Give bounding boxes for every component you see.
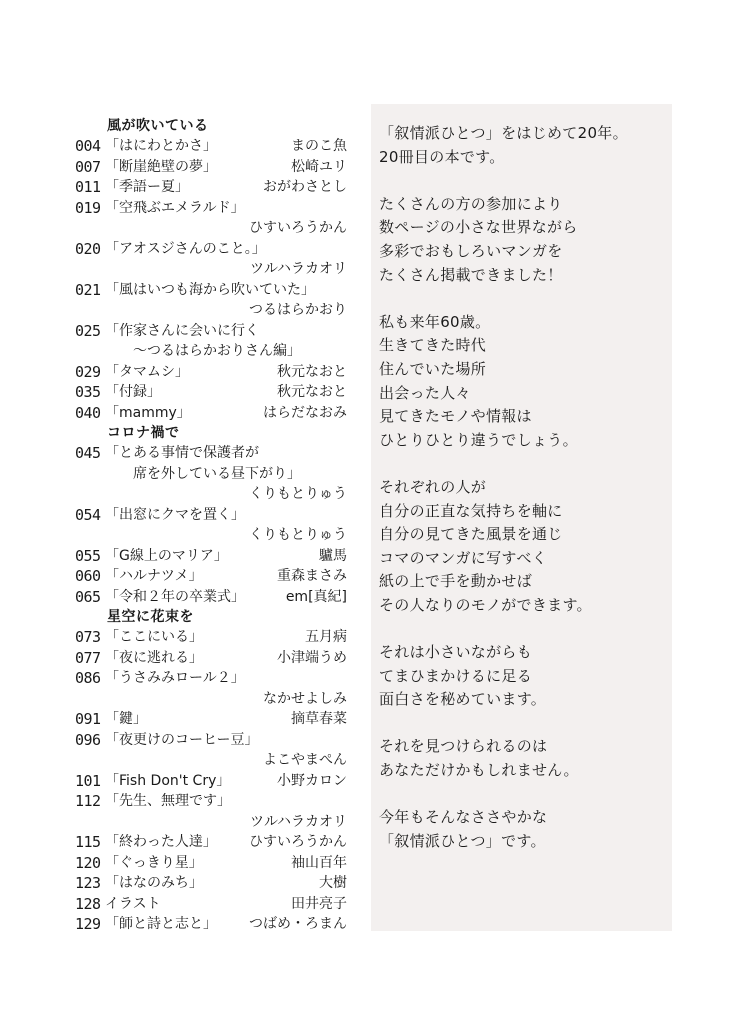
page-number: 040 xyxy=(75,403,105,424)
entry-line: 004「はにわとかさ」まのこ魚 xyxy=(75,136,347,157)
entry-line: 019「空飛ぶエメラルド」 xyxy=(75,198,347,219)
toc-entry: 045「とある事情で保護者が席を外している昼下がり」くりもとりゅう xyxy=(75,443,347,505)
author-name: つるはらかおり xyxy=(249,300,347,321)
entry-line: 120「ぐっきり星」袖山百年 xyxy=(75,853,347,874)
essay-line: たくさん掲載できました！ xyxy=(379,264,669,288)
entry-line-cont: 席を外している昼下がり」 xyxy=(75,464,347,485)
entry-line: 086「うさみみロール２」 xyxy=(75,668,347,689)
section-title: 星空に花束を xyxy=(75,607,347,627)
work-title: 「はなのみち」 xyxy=(105,873,319,894)
page-number: 091 xyxy=(75,709,105,730)
essay-paragraph: たくさんの方の参加により数ページの小さな世界ながら多彩でおもしろいマンガをたくさ… xyxy=(379,193,669,287)
author-name: なかせよしみ xyxy=(263,689,347,710)
toc-entry: 128 イラスト田井亮子 xyxy=(75,894,347,915)
essay-line: それぞれの人が xyxy=(379,476,669,500)
essay-line: あなただけかもしれません。 xyxy=(379,759,669,783)
essay-line: その人なりのモノができます。 xyxy=(379,594,669,618)
toc-section: コロナ禍で045「とある事情で保護者が席を外している昼下がり」くりもとりゅう05… xyxy=(75,423,347,607)
essay-line: 住んでいた場所 xyxy=(379,358,669,382)
entry-line: 035「付録」秋元なおと xyxy=(75,382,347,403)
entry-line: 065「令和２年の卒業式」em[真紀] xyxy=(75,587,347,608)
entry-line: 115「終わった人達」ひすいろうかん xyxy=(75,832,347,853)
essay-line: 「叙情派ひとつ」をはじめて20年。 xyxy=(379,122,669,146)
toc-entry: 040「mammy」はらだなおみ xyxy=(75,403,347,424)
entry-line: 101「Fish Don't Cry」小野カロン xyxy=(75,771,347,792)
page-number: 128 xyxy=(75,894,105,915)
author-name: はらだなおみ xyxy=(263,403,347,424)
author-name: よこやまぺん xyxy=(263,750,347,771)
essay-line: 面白さを秘めています。 xyxy=(379,688,669,712)
page-number: 011 xyxy=(75,177,105,198)
entry-author-line: なかせよしみ xyxy=(75,689,347,710)
toc-entry: 020「アオスジさんのこと。」ツルハラカオリ xyxy=(75,239,347,280)
author-name: ひすいろうかん xyxy=(249,832,347,853)
essay-paragraph: 「叙情派ひとつ」をはじめて20年。20冊目の本です。 xyxy=(379,122,669,169)
toc-entry: 101「Fish Don't Cry」小野カロン xyxy=(75,771,347,792)
entry-line: 060「ハルナツメ」重森まさみ xyxy=(75,566,347,587)
toc-entry: 035「付録」秋元なおと xyxy=(75,382,347,403)
author-name: ツルハラカオリ xyxy=(250,259,347,280)
page-number: 112 xyxy=(75,791,105,812)
entry-line: 123「はなのみち」大樹 xyxy=(75,873,347,894)
author-name: くりもとりゅう xyxy=(249,484,347,505)
entry-author-line: ひすいろうかん xyxy=(75,218,347,239)
toc-entry: 096「夜更けのコーヒー豆」よこやまぺん xyxy=(75,730,347,771)
work-title: 「出窓にクマを置く」 xyxy=(105,505,347,526)
entry-line: 129「師と詩と志と」つばめ・ろまん xyxy=(75,914,347,935)
entry-line: 128 イラスト田井亮子 xyxy=(75,894,347,915)
entry-line: 055「G線上のマリア」驢馬 xyxy=(75,546,347,567)
work-title: 「はにわとかさ」 xyxy=(105,136,291,157)
entry-line: 091「鍵」摘草春菜 xyxy=(75,709,347,730)
entry-author-line: つるはらかおり xyxy=(75,300,347,321)
page-number: 073 xyxy=(75,627,105,648)
author-name: 小野カロン xyxy=(277,771,347,792)
work-title: 「季語ー夏」 xyxy=(105,177,263,198)
toc-entry: 073「ここにいる」五月病 xyxy=(75,627,347,648)
essay-line: 見てきたモノや情報は xyxy=(379,405,669,429)
editor-note-text: 「叙情派ひとつ」をはじめて20年。20冊目の本です。たくさんの方の参加により数ペ… xyxy=(379,122,669,853)
author-name: 小津端うめ xyxy=(277,648,347,669)
author-name: 大樹 xyxy=(319,873,347,894)
toc-entry: 091「鍵」摘草春菜 xyxy=(75,709,347,730)
essay-line: 自分の正直な気持ちを軸に xyxy=(379,500,669,524)
toc-entry: 060「ハルナツメ」重森まさみ xyxy=(75,566,347,587)
work-title: 「タマムシ」 xyxy=(105,362,277,383)
entry-author-line: くりもとりゅう xyxy=(75,484,347,505)
essay-line: 出会った人々 xyxy=(379,382,669,406)
essay-line: 「叙情派ひとつ」です。 xyxy=(379,830,669,854)
page-number: 101 xyxy=(75,771,105,792)
page-number: 123 xyxy=(75,873,105,894)
author-name: 松崎ユリ xyxy=(291,157,347,178)
table-of-contents: 風が吹いている004「はにわとかさ」まのこ魚007「断崖絶壁の夢」松崎ユリ011… xyxy=(75,116,347,935)
essay-line: ひとりひとり違うでしょう。 xyxy=(379,429,669,453)
essay-line: 紙の上で手を動かせば xyxy=(379,570,669,594)
page-number: 025 xyxy=(75,321,105,342)
page-number: 021 xyxy=(75,280,105,301)
entry-line: 011「季語ー夏」おがわさとし xyxy=(75,177,347,198)
work-title: 「mammy」 xyxy=(105,403,263,424)
entry-line: 054「出窓にクマを置く」 xyxy=(75,505,347,526)
page-number: 029 xyxy=(75,362,105,383)
entry-author-line: くりもとりゅう xyxy=(75,525,347,546)
toc-entry: 007「断崖絶壁の夢」松崎ユリ xyxy=(75,157,347,178)
toc-entry: 115「終わった人達」ひすいろうかん xyxy=(75,832,347,853)
essay-line: 今年もそんなささやかな xyxy=(379,806,669,830)
toc-entry: 011「季語ー夏」おがわさとし xyxy=(75,177,347,198)
author-name: おがわさとし xyxy=(263,177,347,198)
author-name: ひすいろうかん xyxy=(249,218,347,239)
essay-paragraph: それは小さいながらもてまひまかけるに足る面白さを秘めています。 xyxy=(379,641,669,712)
toc-entry: 025「作家さんに会いに行く〜つるはらかおりさん編」 xyxy=(75,321,347,362)
work-title: 「作家さんに会いに行く xyxy=(105,321,347,342)
work-title: 「G線上のマリア」 xyxy=(105,546,319,567)
work-title: 「師と詩と志と」 xyxy=(105,914,249,935)
essay-paragraph: 私も来年60歳。生きてきた時代住んでいた場所出会った人々見てきたモノや情報はひと… xyxy=(379,311,669,453)
page-number: 077 xyxy=(75,648,105,669)
entry-line: 045「とある事情で保護者が xyxy=(75,443,347,464)
work-title: 「夜に逃れる」 xyxy=(105,648,277,669)
toc-entry: 129「師と詩と志と」つばめ・ろまん xyxy=(75,914,347,935)
work-title: 「先生、無理です」 xyxy=(105,791,347,812)
page-number: 020 xyxy=(75,239,105,260)
work-title: 「うさみみロール２」 xyxy=(105,668,347,689)
toc-entry: 086「うさみみロール２」なかせよしみ xyxy=(75,668,347,709)
entry-line: 073「ここにいる」五月病 xyxy=(75,627,347,648)
toc-entry: 019「空飛ぶエメラルド」ひすいろうかん xyxy=(75,198,347,239)
essay-line: 数ページの小さな世界ながら xyxy=(379,216,669,240)
essay-paragraph: 今年もそんなささやかな「叙情派ひとつ」です。 xyxy=(379,806,669,853)
work-title: イラスト xyxy=(105,894,291,915)
author-name: 田井亮子 xyxy=(291,894,347,915)
page-number: 004 xyxy=(75,136,105,157)
work-title-cont: 〜つるはらかおりさん編」 xyxy=(133,341,347,362)
essay-line: たくさんの方の参加により xyxy=(379,193,669,217)
toc-entry: 021「風はいつも海から吹いていた」つるはらかおり xyxy=(75,280,347,321)
page-number: 060 xyxy=(75,566,105,587)
entry-line: 040「mammy」はらだなおみ xyxy=(75,403,347,424)
work-title-cont: 席を外している昼下がり」 xyxy=(133,464,347,485)
work-title: 「夜更けのコーヒー豆」 xyxy=(105,730,347,751)
author-name: 五月病 xyxy=(305,627,347,648)
section-title: 風が吹いている xyxy=(75,116,347,136)
author-name: 秋元なおと xyxy=(277,382,347,403)
essay-line: てまひまかけるに足る xyxy=(379,665,669,689)
work-title: 「アオスジさんのこと。」 xyxy=(105,239,347,260)
essay-line: 私も来年60歳。 xyxy=(379,311,669,335)
essay-line: 自分の見てきた風景を通じ xyxy=(379,523,669,547)
work-title: 「とある事情で保護者が xyxy=(105,443,347,464)
page-number: 045 xyxy=(75,443,105,464)
work-title: 「ハルナツメ」 xyxy=(105,566,277,587)
section-title: コロナ禍で xyxy=(75,423,347,443)
essay-line: 生きてきた時代 xyxy=(379,334,669,358)
work-title: 「空飛ぶエメラルド」 xyxy=(105,198,347,219)
essay-line: 多彩でおもしろいマンガを xyxy=(379,240,669,264)
author-name: 驢馬 xyxy=(319,546,347,567)
author-name: 袖山百年 xyxy=(291,853,347,874)
essay-paragraph: それぞれの人が自分の正直な気持ちを軸に自分の見てきた風景を通じコマのマンガに写す… xyxy=(379,476,669,618)
author-name: まのこ魚 xyxy=(291,136,347,157)
entry-author-line: ツルハラカオリ xyxy=(75,259,347,280)
entry-line: 007「断崖絶壁の夢」松崎ユリ xyxy=(75,157,347,178)
page-number: 054 xyxy=(75,505,105,526)
author-name: 摘草春菜 xyxy=(291,709,347,730)
author-name: 秋元なおと xyxy=(277,362,347,383)
page-number: 086 xyxy=(75,668,105,689)
entry-line: 029「タマムシ」秋元なおと xyxy=(75,362,347,383)
toc-section: 風が吹いている004「はにわとかさ」まのこ魚007「断崖絶壁の夢」松崎ユリ011… xyxy=(75,116,347,423)
essay-paragraph: それを見つけられるのはあなただけかもしれません。 xyxy=(379,735,669,782)
toc-entry: 054「出窓にクマを置く」くりもとりゅう xyxy=(75,505,347,546)
entry-line: 096「夜更けのコーヒー豆」 xyxy=(75,730,347,751)
work-title: 「断崖絶壁の夢」 xyxy=(105,157,291,178)
page-number: 096 xyxy=(75,730,105,751)
toc-entry: 065「令和２年の卒業式」em[真紀] xyxy=(75,587,347,608)
author-name: em[真紀] xyxy=(286,587,347,608)
toc-entry: 029「タマムシ」秋元なおと xyxy=(75,362,347,383)
page-number: 035 xyxy=(75,382,105,403)
entry-author-line: よこやまぺん xyxy=(75,750,347,771)
entry-line: 025「作家さんに会いに行く xyxy=(75,321,347,342)
work-title: 「ここにいる」 xyxy=(105,627,305,648)
essay-line: それを見つけられるのは xyxy=(379,735,669,759)
page-number: 019 xyxy=(75,198,105,219)
author-name: 重森まさみ xyxy=(277,566,347,587)
work-title: 「終わった人達」 xyxy=(105,832,249,853)
author-name: くりもとりゅう xyxy=(249,525,347,546)
page-number: 065 xyxy=(75,587,105,608)
essay-line: 20冊目の本です。 xyxy=(379,146,669,170)
toc-entry: 055「G線上のマリア」驢馬 xyxy=(75,546,347,567)
entry-line: 021「風はいつも海から吹いていた」 xyxy=(75,280,347,301)
entry-line-cont: 〜つるはらかおりさん編」 xyxy=(75,341,347,362)
toc-section: 星空に花束を073「ここにいる」五月病077「夜に逃れる」小津端うめ086「うさ… xyxy=(75,607,347,935)
page-number: 115 xyxy=(75,832,105,853)
toc-entry: 123「はなのみち」大樹 xyxy=(75,873,347,894)
page-number: 129 xyxy=(75,914,105,935)
work-title: 「ぐっきり星」 xyxy=(105,853,291,874)
page-number: 007 xyxy=(75,157,105,178)
toc-entry: 004「はにわとかさ」まのこ魚 xyxy=(75,136,347,157)
essay-line: それは小さいながらも xyxy=(379,641,669,665)
work-title: 「鍵」 xyxy=(105,709,291,730)
author-name: つばめ・ろまん xyxy=(249,914,347,935)
page-number: 120 xyxy=(75,853,105,874)
toc-entry: 112「先生、無理です」ツルハラカオリ xyxy=(75,791,347,832)
page-number: 055 xyxy=(75,546,105,567)
toc-entry: 120「ぐっきり星」袖山百年 xyxy=(75,853,347,874)
entry-line: 112「先生、無理です」 xyxy=(75,791,347,812)
work-title: 「風はいつも海から吹いていた」 xyxy=(105,280,347,301)
work-title: 「令和２年の卒業式」 xyxy=(105,587,286,608)
author-name: ツルハラカオリ xyxy=(250,812,347,833)
work-title: 「付録」 xyxy=(105,382,277,403)
essay-line: コマのマンガに写すべく xyxy=(379,547,669,571)
toc-entry: 077「夜に逃れる」小津端うめ xyxy=(75,648,347,669)
entry-line: 020「アオスジさんのこと。」 xyxy=(75,239,347,260)
entry-author-line: ツルハラカオリ xyxy=(75,812,347,833)
entry-line: 077「夜に逃れる」小津端うめ xyxy=(75,648,347,669)
work-title: 「Fish Don't Cry」 xyxy=(105,771,277,792)
